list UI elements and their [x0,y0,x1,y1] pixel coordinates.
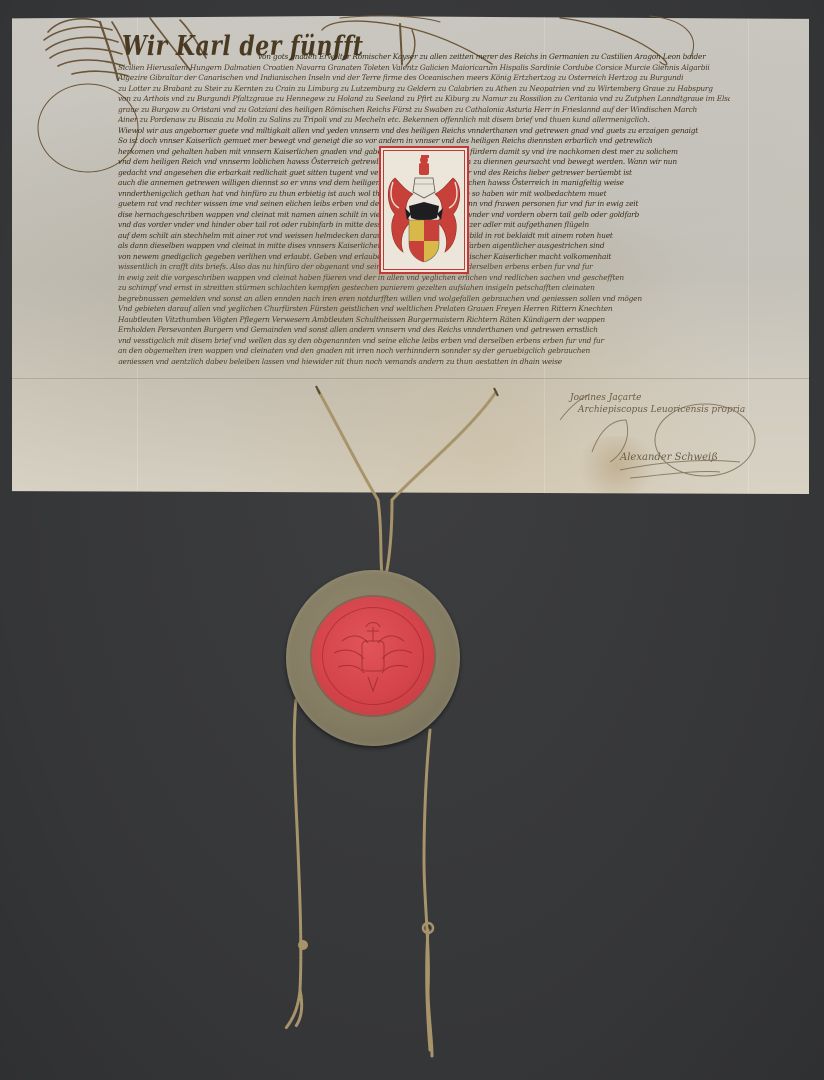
red-wax-seal [312,597,434,715]
double-headed-eagle-icon [312,597,434,715]
seal-cord [0,0,824,1080]
wax-seal-dish [286,570,460,746]
cord-knot [298,940,308,950]
